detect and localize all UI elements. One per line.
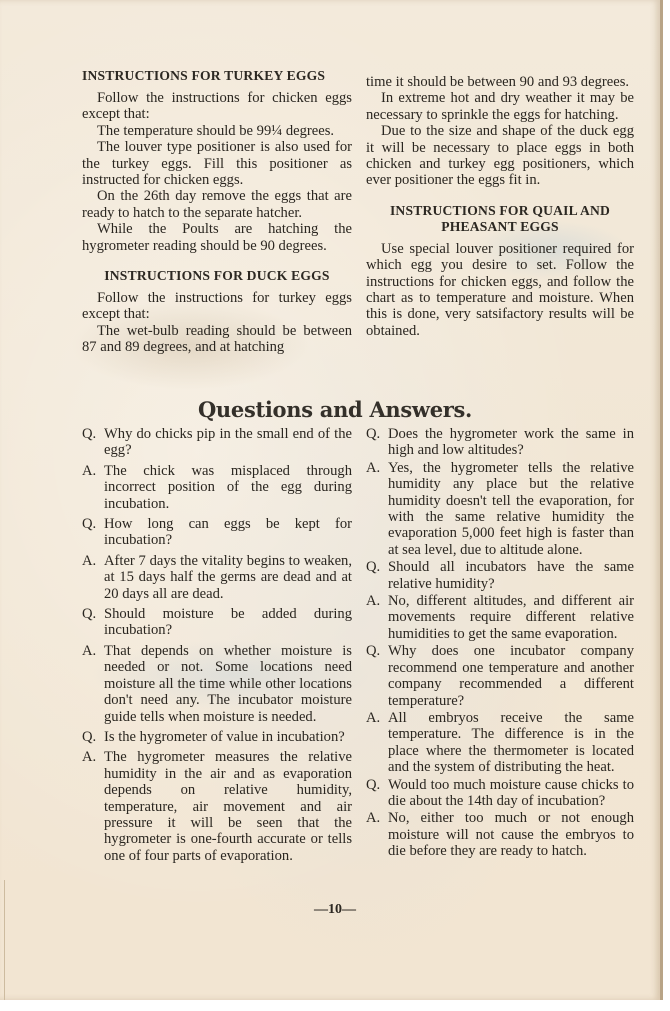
qa-entry: A.The chick was misplaced through incorr… (82, 463, 352, 512)
qa-text: The chick was misplaced through incorrec… (104, 463, 352, 512)
qa-prefix: A. (366, 460, 388, 558)
qa-entry: Q.Should all incubators have the same re… (366, 559, 634, 592)
qa-text: No, either too much or not enough moistu… (388, 810, 634, 859)
qa-section-title: Questions and Answers. (0, 397, 670, 422)
qa-prefix: A. (366, 810, 388, 859)
qa-prefix: Q. (366, 643, 388, 709)
qa-entry: A.After 7 days the vitality begins to we… (82, 553, 352, 602)
qa-prefix: Q. (82, 516, 104, 549)
qa-prefix: Q. (82, 729, 104, 745)
qa-right-column: Q.Does the hygrometer work the same in h… (366, 426, 634, 861)
qa-entry: Q.Would too much moisture cause chicks t… (366, 777, 634, 810)
qa-text: Does the hygrometer work the same in hig… (388, 426, 634, 459)
qa-entry: Q.Why do chicks pip in the small end of … (82, 426, 352, 459)
qa-text: Is the hygrometer of value in incubation… (104, 729, 352, 745)
qa-text: After 7 days the vitality begins to weak… (104, 553, 352, 602)
turkey-paragraph: The temperature should be 99¼ degrees. (82, 123, 352, 139)
turkey-paragraph: While the Poults are hatching the hygrom… (82, 221, 352, 254)
qa-text: Why does one incubator company recommend… (388, 643, 634, 709)
qa-left-column: Q.Why do chicks pip in the small end of … (82, 426, 352, 868)
qa-prefix: A. (366, 593, 388, 642)
duck-paragraph: Due to the size and shape of the duck eg… (366, 123, 634, 189)
qa-text: The hygrometer measures the relative hum… (104, 749, 352, 864)
left-instructions-column: INSTRUCTIONS FOR TURKEY EGGS Follow the … (82, 68, 352, 356)
qa-entry: Q.Why does one incubator company recomme… (366, 643, 634, 709)
turkey-paragraph: On the 26th day remove the eggs that are… (82, 188, 352, 221)
qa-prefix: A. (82, 463, 104, 512)
duck-paragraph: time it should be between 90 and 93 degr… (366, 74, 634, 90)
qa-prefix: Q. (82, 426, 104, 459)
duck-heading: INSTRUCTIONS FOR DUCK EGGS (82, 268, 352, 284)
qa-prefix: A. (366, 710, 388, 776)
qa-text: Would too much moisture cause chicks to … (388, 777, 634, 810)
qa-entry: Q.How long can eggs be kept for incubati… (82, 516, 352, 549)
qa-entry: A.All embryos receive the same temperatu… (366, 710, 634, 776)
qa-entry: Q.Does the hygrometer work the same in h… (366, 426, 634, 459)
qa-prefix: Q. (366, 426, 388, 459)
qa-text: Should all incubators have the same rela… (388, 559, 634, 592)
qa-text: Why do chicks pip in the small end of th… (104, 426, 352, 459)
quail-pheasant-heading: INSTRUCTIONS FOR QUAIL AND PHEASANT EGGS (366, 203, 634, 235)
turkey-heading: INSTRUCTIONS FOR TURKEY EGGS (82, 68, 352, 84)
qa-entry: A.No, either too much or not enough mois… (366, 810, 634, 859)
booklet-page: INSTRUCTIONS FOR TURKEY EGGS Follow the … (0, 0, 663, 1000)
right-instructions-column: time it should be between 90 and 93 degr… (366, 74, 634, 339)
turkey-paragraph: The louver type positioner is also used … (82, 139, 352, 188)
qa-entry: A.The hygrometer measures the relative h… (82, 749, 352, 864)
qa-entry: Q.Is the hygrometer of value in incubati… (82, 729, 352, 745)
duck-paragraph: Follow the instructions for turkey eggs … (82, 290, 352, 323)
qa-entry: A.That depends on whether moisture is ne… (82, 643, 352, 725)
duck-paragraph: In extreme hot and dry weather it may be… (366, 90, 634, 123)
qa-entry: A.No, different altitudes, and different… (366, 593, 634, 642)
quail-paragraph: Use special louver positioner required f… (366, 241, 634, 339)
qa-entry: Q.Should moisture be added during incuba… (82, 606, 352, 639)
duck-paragraph: The wet-bulb reading should be between 8… (82, 323, 352, 356)
qa-text: That depends on whether moisture is need… (104, 643, 352, 725)
turkey-paragraph: Follow the instructions for chicken eggs… (82, 90, 352, 123)
qa-prefix: A. (82, 749, 104, 864)
qa-prefix: A. (82, 643, 104, 725)
qa-text: How long can eggs be kept for incubation… (104, 516, 352, 549)
qa-prefix: Q. (366, 559, 388, 592)
qa-prefix: Q. (82, 606, 104, 639)
qa-entry: A.Yes, the hygrometer tells the relative… (366, 460, 634, 558)
qa-text: Yes, the hygrometer tells the relative h… (388, 460, 634, 558)
qa-text: Should moisture be added during incubati… (104, 606, 352, 639)
qa-text: No, different altitudes, and different a… (388, 593, 634, 642)
qa-prefix: Q. (366, 777, 388, 810)
qa-prefix: A. (82, 553, 104, 602)
page-number: —10— (0, 902, 670, 918)
page-edge (4, 880, 5, 1000)
qa-text: All embryos receive the same temperature… (388, 710, 634, 776)
